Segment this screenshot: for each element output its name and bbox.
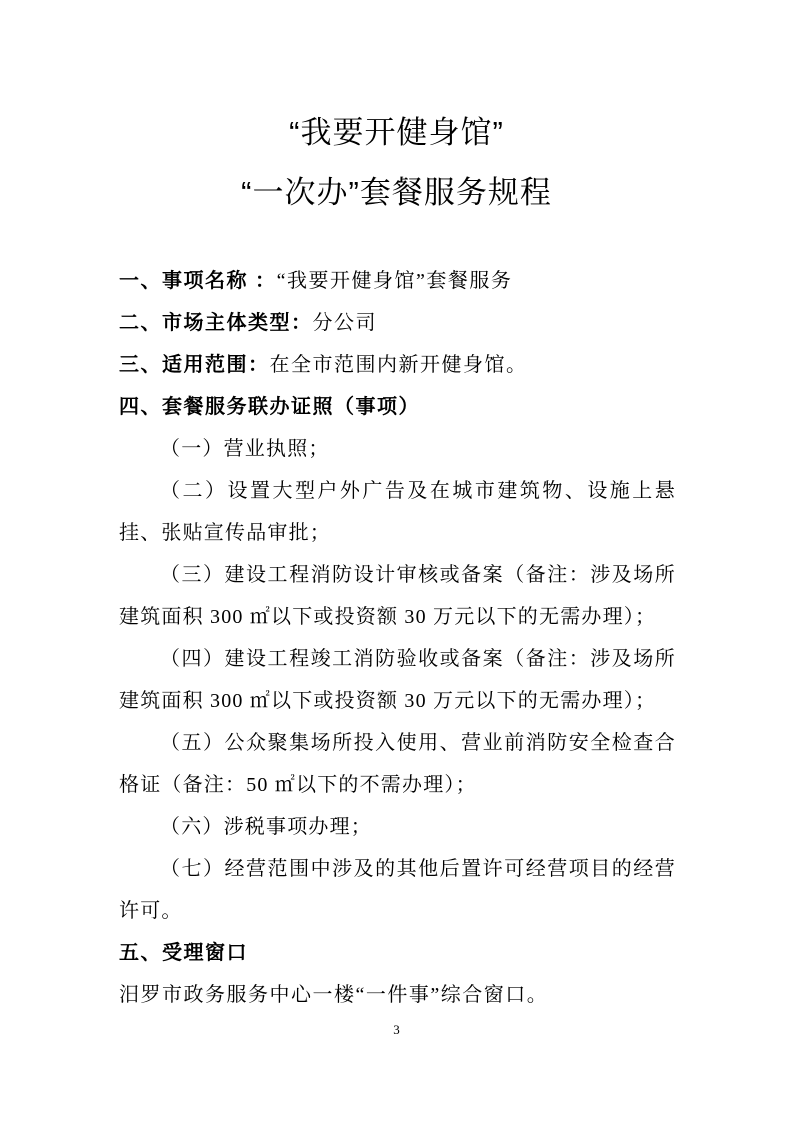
document-page: “我要开健身馆” “一次办”套餐服务规程 一、事项名称 ：“我要开健身馆”套餐服… [0,0,793,1122]
section-item-name-value: “我要开健身馆”套餐服务 [277,270,513,292]
section-licenses-heading: 四、套餐服务联办证照（事项） [119,386,676,428]
section-entity-type: 二、市场主体类型：分公司 [119,302,676,344]
document-title-line2: “一次办”套餐服务规程 [0,163,793,223]
section-window-heading: 五、受理窗口 [119,932,676,974]
license-item-1: （一）营业执照； [119,428,676,470]
license-item-4: （四）建设工程竣工消防验收或备案（备注：涉及场所建筑面积 300 ㎡以下或投资额… [119,638,676,722]
license-item-5: （五）公众聚集场所投入使用、营业前消防安全检查合格证（备注：50 ㎡以下的不需办… [119,722,676,806]
section-entity-type-label: 二、市场主体类型： [119,312,313,334]
license-item-6: （六）涉税事项办理； [119,806,676,848]
section-window-heading-label: 五、受理窗口 [119,942,248,964]
section-item-name-label: 一、事项名称 ： [119,270,277,292]
document-body: 一、事项名称 ：“我要开健身馆”套餐服务 二、市场主体类型：分公司 三、适用范围… [119,260,676,1016]
section-licenses-heading-label: 四、套餐服务联办证照（事项） [119,396,420,418]
section-entity-type-value: 分公司 [313,312,378,334]
license-item-2: （二）设置大型户外广告及在城市建筑物、设施上悬挂、张贴宣传品审批； [119,470,676,554]
document-title-line1: “我要开健身馆” [0,103,793,163]
license-item-3: （三）建设工程消防设计审核或备案（备注：涉及场所建筑面积 300 ㎡以下或投资额… [119,554,676,638]
window-location-line: 汨罗市政务服务中心一楼“一件事”综合窗口。 [119,974,676,1016]
license-item-7: （七）经营范围中涉及的其他后置许可经营项目的经营许可。 [119,848,676,932]
section-scope-value: 在全市范围内新开健身馆。 [270,354,528,376]
section-scope-label: 三、适用范围： [119,354,270,376]
section-scope: 三、适用范围：在全市范围内新开健身馆。 [119,344,676,386]
document-title: “我要开健身馆” “一次办”套餐服务规程 [0,103,793,223]
page-number: 3 [393,1022,400,1037]
section-item-name: 一、事项名称 ：“我要开健身馆”套餐服务 [119,260,676,302]
page-footer: 3 [0,1020,793,1040]
